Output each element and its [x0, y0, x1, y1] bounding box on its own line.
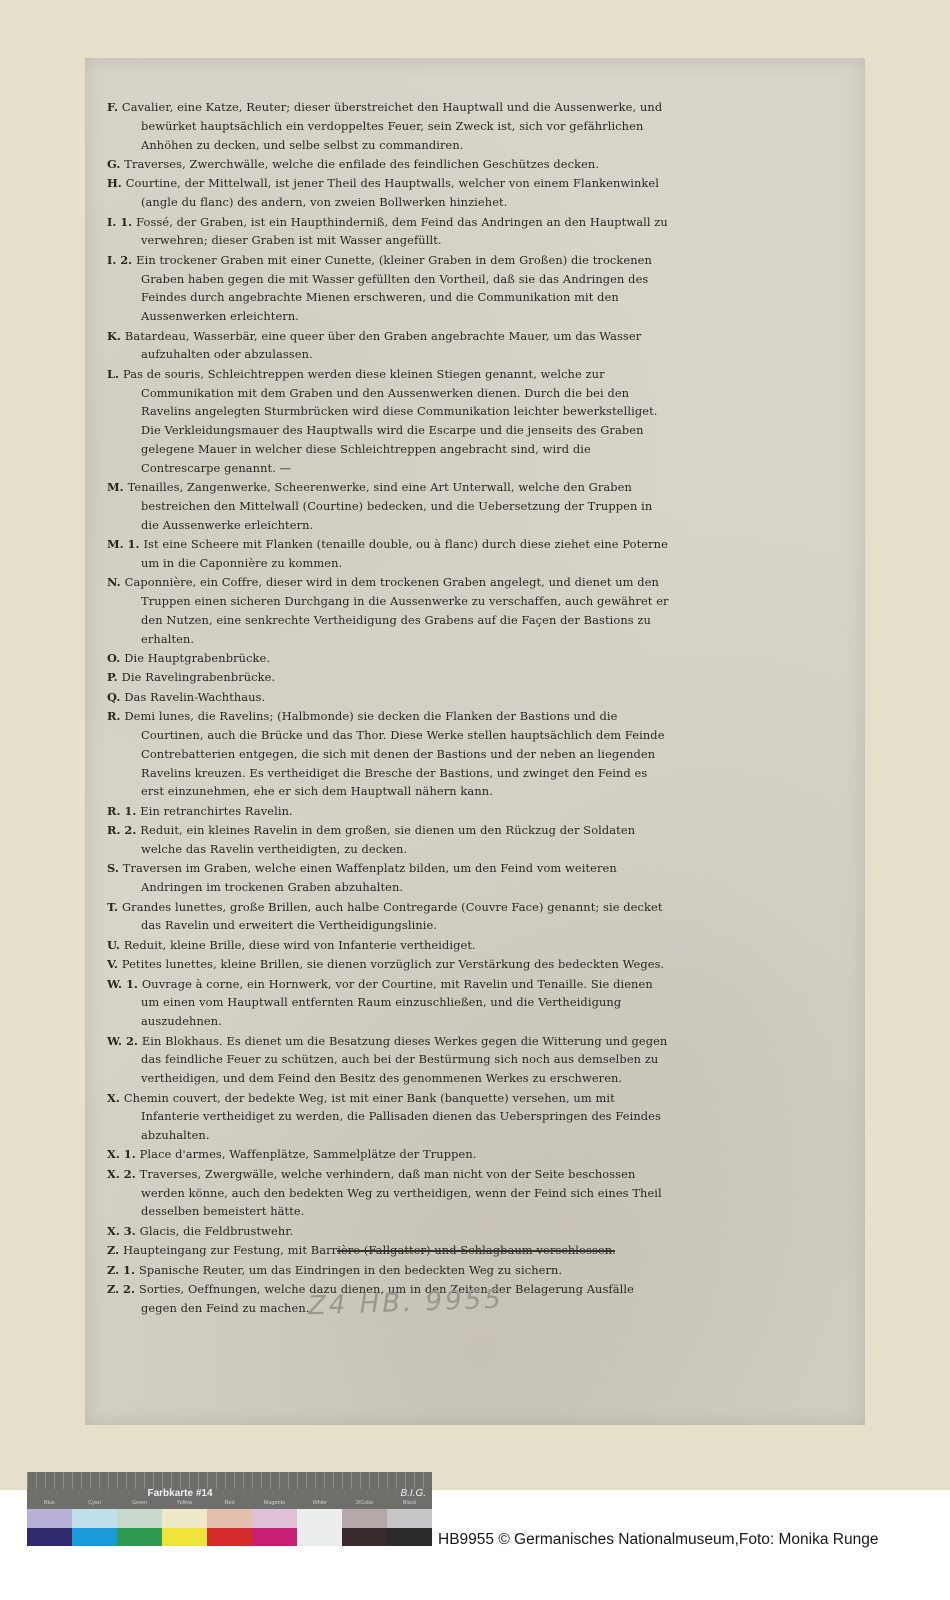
entry-key: H.	[107, 176, 122, 190]
entry-key: P.	[107, 670, 118, 684]
chart-brand: B.I.G.	[400, 1488, 426, 1499]
entry-key: G.	[107, 157, 120, 171]
entry-text: Caponnière, ein Coffre, dieser wird in d…	[125, 575, 669, 645]
entry-text: Das Ravelin-Wachthaus.	[124, 690, 265, 704]
entry-text: Traverses, Zwergwälle, welche verhindern…	[140, 1167, 662, 1219]
legend-entry: T.Grandes lunettes, große Brillen, auch …	[107, 898, 673, 936]
legend-entry: X. 2.Traverses, Zwergwälle, welche verhi…	[107, 1165, 673, 1221]
entry-text: Reduit, kleine Brille, diese wird von In…	[124, 938, 476, 952]
legend-entry: X. 3.Glacis, die Feldbrustwehr.	[107, 1222, 673, 1241]
legend-entry: R. 2.Reduit, ein kleines Ravelin in dem …	[107, 821, 673, 859]
entry-text: Tenailles, Zangenwerke, Scheerenwerke, s…	[128, 480, 653, 532]
entry-key: R. 2.	[107, 823, 136, 837]
swatch-label: Blue	[27, 1500, 72, 1506]
legend-entry: R. 1.Ein retranchirtes Ravelin.	[107, 802, 673, 821]
entry-text: Courtine, der Mittelwall, ist jener Thei…	[126, 176, 659, 209]
entry-text: Traverses, Zwerchwälle, welche die enfil…	[124, 157, 599, 171]
entry-key: O.	[107, 651, 120, 665]
entry-text: Ist eine Scheere mit Flanken (tenaille d…	[141, 537, 668, 570]
entry-key: X. 2.	[107, 1167, 136, 1181]
legend-entry: P.Die Ravelingrabenbrücke.	[107, 668, 673, 687]
color-swatch-blue	[27, 1528, 72, 1546]
legend-entry: N.Caponnière, ein Coffre, dieser wird in…	[107, 573, 673, 648]
entry-key: N.	[107, 575, 121, 589]
entry-key: Z. 1.	[107, 1263, 135, 1277]
swatch-label: Magenta	[252, 1500, 297, 1506]
legend-entry: I. 1.Fossé, der Graben, ist ein Haupthin…	[107, 213, 673, 251]
color-swatch-green	[117, 1509, 162, 1528]
entry-key: S.	[107, 861, 119, 875]
color-swatch-blue	[27, 1509, 72, 1528]
swatch-label: Green	[117, 1500, 162, 1506]
entry-key: X. 1.	[107, 1147, 136, 1161]
color-swatch-black	[387, 1509, 432, 1528]
legend-entry: H.Courtine, der Mittelwall, ist jener Th…	[107, 174, 673, 212]
entry-text: Ouvrage à corne, ein Hornwerk, vor der C…	[141, 977, 653, 1029]
legend-entry: M.Tenailles, Zangenwerke, Scheerenwerke,…	[107, 478, 673, 534]
swatch-label: Black	[387, 1500, 432, 1506]
color-swatch-3-color	[342, 1528, 387, 1546]
legend-entry: F.Cavalier, eine Katze, Reuter; dieser ü…	[107, 98, 673, 154]
entry-key: Z.	[107, 1243, 119, 1257]
legend-entry: G.Traverses, Zwerchwälle, welche die enf…	[107, 155, 673, 174]
color-swatch-red	[207, 1528, 252, 1546]
closing-rule	[337, 1250, 615, 1252]
legend-entry: W. 1.Ouvrage à corne, ein Hornwerk, vor …	[107, 975, 673, 1031]
entry-text: Cavalier, eine Katze, Reuter; dieser übe…	[122, 100, 662, 152]
entry-text: Place d'armes, Waffenplätze, Sammelplätz…	[140, 1147, 477, 1161]
entry-text: Ein trockener Graben mit einer Cunette, …	[136, 253, 652, 323]
swatch-label: Cyan	[72, 1500, 117, 1506]
entry-text: Die Hauptgrabenbrücke.	[124, 651, 270, 665]
legend-entry: L.Pas de souris, Schleichtreppen werden …	[107, 365, 673, 478]
swatch-label: White	[297, 1500, 342, 1506]
color-swatch-cyan	[72, 1528, 117, 1546]
entry-text: Chemin couvert, der bedekte Weg, ist mit…	[124, 1091, 661, 1143]
chart-title: Farbkarte #14	[130, 1488, 230, 1499]
entry-key: Z. 2.	[107, 1282, 135, 1296]
legend-entry: X. 1.Place d'armes, Waffenplätze, Sammel…	[107, 1145, 673, 1164]
color-swatch-3-color	[342, 1509, 387, 1528]
color-swatch-yellow	[162, 1509, 207, 1528]
entry-key: U.	[107, 938, 120, 952]
legend-entry: W. 2.Ein Blokhaus. Es dienet um die Besa…	[107, 1032, 673, 1088]
entry-text: Ein Blokhaus. Es dienet um die Besatzung…	[141, 1034, 667, 1086]
color-swatch-magenta	[252, 1509, 297, 1528]
entry-text: Petites lunettes, kleine Brillen, sie di…	[122, 957, 664, 971]
entry-key: M. 1.	[107, 537, 139, 551]
swatch-label: 3/Color	[342, 1500, 387, 1506]
color-swatch-cyan	[72, 1509, 117, 1528]
photo-credit: HB9955 © Germanisches Nationalmuseum,Fot…	[438, 1531, 878, 1549]
entry-text: Glacis, die Feldbrustwehr.	[140, 1224, 294, 1238]
entry-key: F.	[107, 100, 118, 114]
legend-entry: R.Demi lunes, die Ravelins; (Halbmonde) …	[107, 707, 673, 801]
entry-key: K.	[107, 329, 121, 343]
legend-entry: I. 2.Ein trockener Graben mit einer Cune…	[107, 251, 673, 326]
swatch-label: Red	[207, 1500, 252, 1506]
legend-entry: Z. 1.Spanische Reuter, um das Eindringen…	[107, 1261, 673, 1280]
entry-text: Pas de souris, Schleichtreppen werden di…	[123, 367, 658, 475]
legend-entry: O.Die Hauptgrabenbrücke.	[107, 649, 673, 668]
entry-key: W. 1.	[107, 977, 138, 991]
entry-text: Grandes lunettes, große Brillen, auch ha…	[122, 900, 663, 933]
entry-key: R.	[107, 709, 120, 723]
legend-entry: X.Chemin couvert, der bedekte Weg, ist m…	[107, 1089, 673, 1145]
legend-text: F.Cavalier, eine Katze, Reuter; dieser ü…	[107, 98, 673, 1318]
entry-key: Q.	[107, 690, 120, 704]
color-swatch-yellow	[162, 1528, 207, 1546]
entry-key: T.	[107, 900, 118, 914]
entry-text: Demi lunes, die Ravelins; (Halbmonde) si…	[124, 709, 664, 798]
legend-entry: M. 1.Ist eine Scheere mit Flanken (tenai…	[107, 535, 673, 573]
ruler-scale	[27, 1472, 432, 1489]
entry-key: I. 1.	[107, 215, 132, 229]
entry-key: X. 3.	[107, 1224, 136, 1238]
entry-key: L.	[107, 367, 119, 381]
swatches-dark	[27, 1528, 432, 1546]
entry-key: R. 1.	[107, 804, 136, 818]
color-swatch-black	[387, 1528, 432, 1546]
entry-text: Traversen im Graben, welche einen Waffen…	[123, 861, 617, 894]
color-swatch-white	[297, 1528, 342, 1546]
entry-text: Fossé, der Graben, ist ein Haupthinderni…	[136, 215, 668, 248]
entry-text: Spanische Reuter, um das Eindringen in d…	[139, 1263, 562, 1277]
entry-text: Reduit, ein kleines Ravelin in dem große…	[140, 823, 635, 856]
swatch-label: Yellow	[162, 1500, 207, 1506]
entry-key: M.	[107, 480, 124, 494]
entry-text: Die Ravelingrabenbrücke.	[122, 670, 276, 684]
entry-key: W. 2.	[107, 1034, 138, 1048]
chart-labels: BlueCyanGreenYellowRedMagentaWhite3/Colo…	[27, 1500, 432, 1506]
legend-entry: S.Traversen im Graben, welche einen Waff…	[107, 859, 673, 897]
entry-text: Ein retranchirtes Ravelin.	[140, 804, 293, 818]
color-swatch-white	[297, 1509, 342, 1528]
legend-entry: V.Petites lunettes, kleine Brillen, sie …	[107, 955, 673, 974]
legend-entry: U.Reduit, kleine Brille, diese wird von …	[107, 936, 673, 955]
legend-entry: K.Batardeau, Wasserbär, eine queer über …	[107, 327, 673, 365]
entry-text: Batardeau, Wasserbär, eine queer über de…	[125, 329, 641, 362]
swatches-light	[27, 1509, 432, 1528]
color-swatch-green	[117, 1528, 162, 1546]
entry-key: V.	[107, 957, 118, 971]
legend-entry: Q.Das Ravelin-Wachthaus.	[107, 688, 673, 707]
color-swatch-magenta	[252, 1528, 297, 1546]
color-swatch-red	[207, 1509, 252, 1528]
entry-key: I. 2.	[107, 253, 132, 267]
entry-key: X.	[107, 1091, 120, 1105]
